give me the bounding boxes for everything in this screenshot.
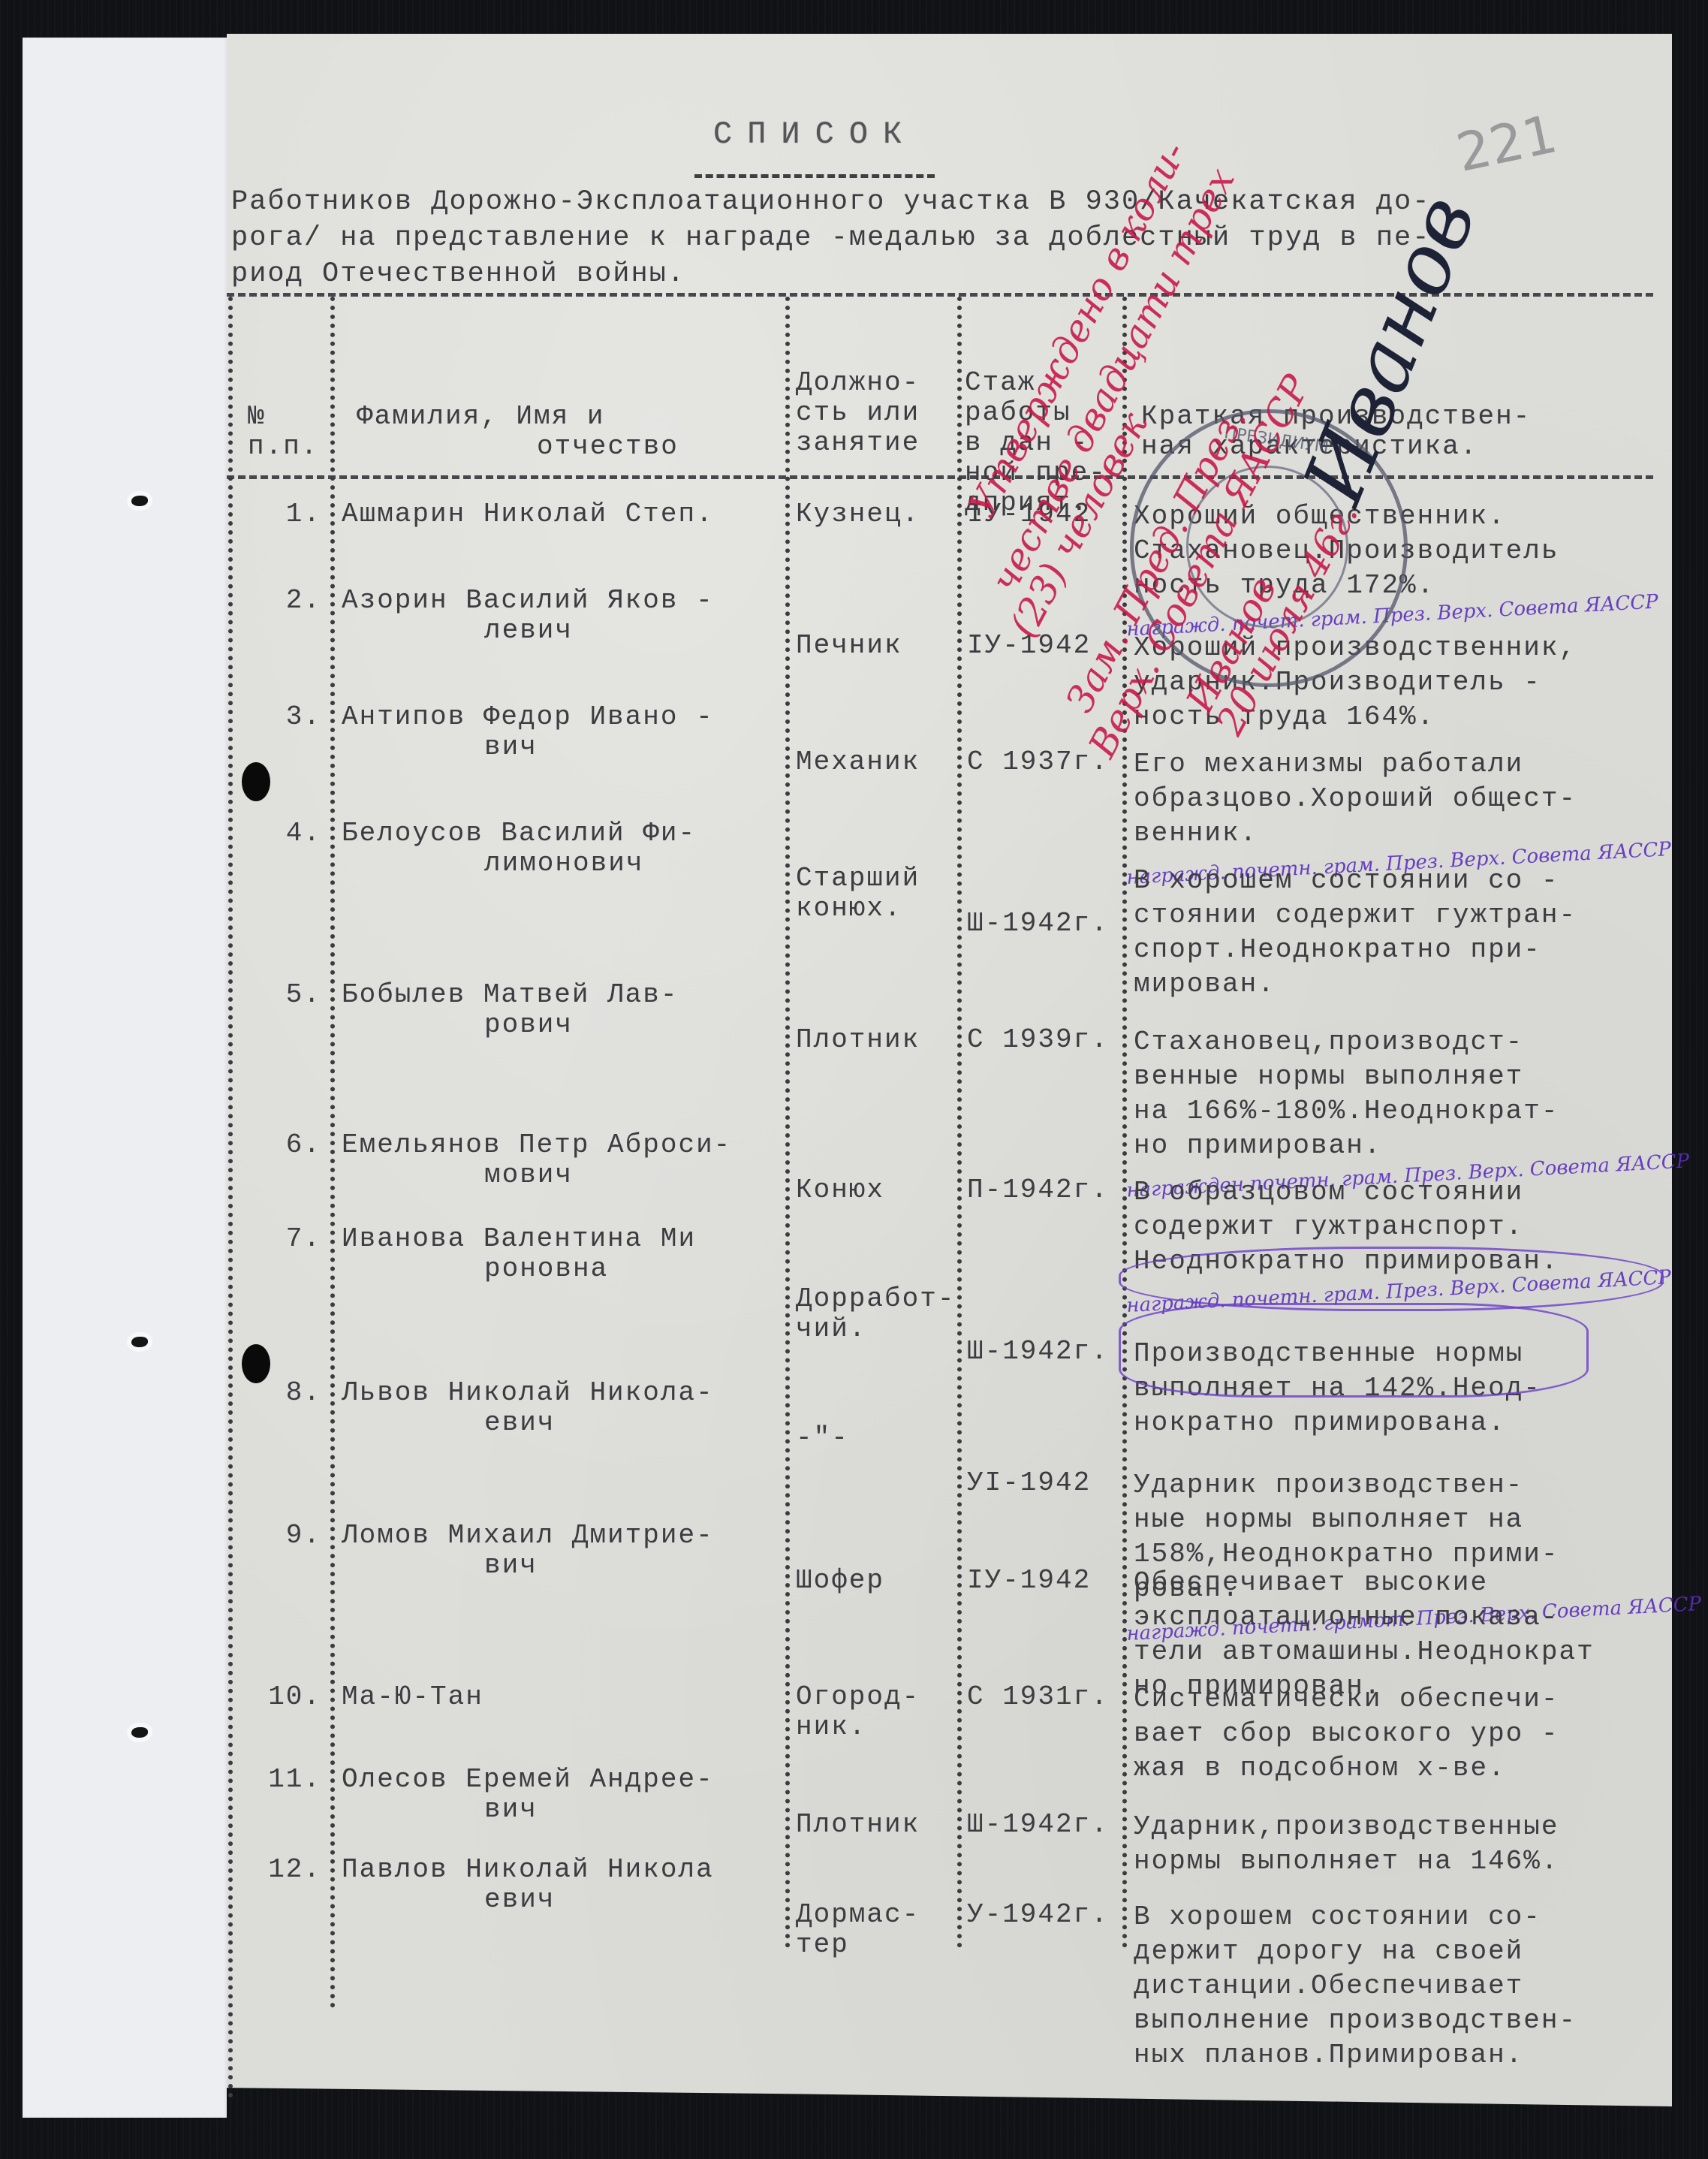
purple-oval-mark: [1119, 1247, 1664, 1311]
cell-name: Ма-Ю-Тан: [342, 1682, 483, 1712]
title-underline: [694, 174, 935, 178]
cell-tenure: У-1942г.: [967, 1900, 1109, 1930]
cell-characteristic-line: Ударник производствен-: [1134, 1468, 1559, 1503]
cell-position: Плотник: [796, 1810, 920, 1840]
cell-name: Львов Николай Никола-евич: [342, 1378, 714, 1438]
cell-num: 4.: [246, 819, 321, 849]
cell-position-line: конюх.: [796, 894, 920, 924]
cell-tenure-line: С 1939г.: [967, 1025, 1109, 1055]
cell-characteristic-line: В хорошем состоянии со -: [1134, 864, 1577, 898]
cell-characteristic: Ударник,производственныенормы выполняет …: [1134, 1810, 1559, 1879]
cell-tenure: П-1942г.: [967, 1175, 1109, 1205]
cell-position: Механик: [796, 747, 920, 777]
heading-line-1: Работников Дорожно-Эксплоатационного уча…: [231, 186, 1430, 218]
cell-name-line: Олесов Еремей Андрее-: [342, 1765, 714, 1795]
cell-num: 2.: [246, 586, 321, 616]
cell-tenure: Ш-1942г.: [967, 1337, 1109, 1367]
cell-position: Конюх: [796, 1175, 884, 1205]
column-divider: [785, 297, 790, 1949]
cell-name-line: рович: [342, 1010, 678, 1040]
cell-characteristic-line: Его механизмы работали: [1134, 747, 1577, 782]
cell-characteristic: В хорошем состоянии со -стоянии содержит…: [1134, 864, 1577, 1002]
document-title: СПИСОК: [713, 119, 917, 150]
cell-position: Огород-ник.: [796, 1682, 920, 1742]
cell-name-line: Бобылев Матвей Лав-: [342, 980, 678, 1010]
cell-name-line: Ломов Михаил Дмитрие-: [342, 1521, 714, 1551]
cell-num: 12.: [246, 1855, 321, 1885]
heading-line-3: риод Отечественной войны.: [231, 258, 685, 290]
cell-position-line: Дорработ-: [796, 1284, 955, 1314]
header-position: Должно-сть илизанятие: [796, 308, 920, 518]
cell-name-line: вич: [342, 1551, 714, 1581]
cell-tenure-line: У-1942г.: [967, 1900, 1109, 1930]
cell-name-line: Антипов Федор Ивано -: [342, 702, 714, 732]
cell-position-line: Плотник: [796, 1810, 920, 1840]
cell-characteristic-line: нормы выполняет на 146%.: [1134, 1844, 1559, 1879]
cell-num: 9.: [246, 1521, 321, 1551]
cell-name: Иванова Валентина Мироновна: [342, 1224, 696, 1284]
heading-line-2: рога/ на представление к награде -медаль…: [231, 222, 1430, 254]
cell-characteristic-line: дистанции.Обеспечивает: [1134, 1969, 1577, 2004]
header-num: №п.п.: [248, 342, 318, 522]
cell-num: 3.: [246, 702, 321, 732]
cell-position-line: Механик: [796, 747, 920, 777]
punch-hole: [131, 1727, 148, 1738]
cell-num: 8.: [246, 1378, 321, 1408]
cell-position: Дормас-тер: [796, 1900, 920, 1960]
cell-name: Емельянов Петр Аброси-мович: [342, 1130, 731, 1190]
cell-name-line: лимонович: [342, 849, 696, 879]
cell-position-line: Дормас-: [796, 1900, 920, 1930]
cell-characteristic: В хорошем состоянии со-держит дорогу на …: [1134, 1900, 1577, 2073]
cell-tenure-line: УI-1942: [967, 1468, 1091, 1498]
cell-name-line: роновна: [342, 1254, 696, 1284]
cell-position: Плотник: [796, 1025, 920, 1055]
cell-characteristic-line: содержит гужтранспорт.: [1134, 1210, 1559, 1244]
cell-name-line: вич: [342, 1795, 714, 1825]
column-divider: [957, 297, 962, 1949]
cell-tenure: С 1937г.: [967, 747, 1109, 777]
cell-position-line: Огород-: [796, 1682, 920, 1712]
cell-tenure: С 1939г.: [967, 1025, 1109, 1055]
cell-position-line: Старший: [796, 864, 920, 894]
purple-oval-mark: [1119, 1303, 1589, 1398]
cell-characteristic-line: стоянии содержит гужтран-: [1134, 898, 1577, 933]
cell-name-line: левич: [342, 616, 714, 646]
cell-position-line: тер: [796, 1930, 920, 1960]
cell-characteristic-line: Систематически обеспечи-: [1134, 1682, 1559, 1717]
cell-characteristic-line: жая в подсобном х-ве.: [1134, 1751, 1559, 1786]
cell-name: Антипов Федор Ивано -вич: [342, 702, 714, 762]
cell-position-line: Кузнец.: [796, 499, 920, 529]
cell-characteristic-line: но примирован.: [1134, 1129, 1559, 1163]
cell-position-line: Шофер: [796, 1566, 884, 1596]
punch-hole: [131, 1337, 148, 1347]
cell-num: 10.: [246, 1682, 321, 1712]
cell-position: Шофер: [796, 1566, 884, 1596]
cell-tenure: IУ-1942: [967, 1566, 1091, 1596]
cell-tenure: УI-1942: [967, 1468, 1091, 1498]
cell-name: Бобылев Матвей Лав-рович: [342, 980, 678, 1040]
cell-position: Кузнец.: [796, 499, 920, 529]
cell-characteristic-line: ные нормы выполняет на: [1134, 1503, 1559, 1537]
cell-position-line: Конюх: [796, 1175, 884, 1205]
cell-characteristic: Его механизмы работалиобразцово.Хороший …: [1134, 747, 1577, 851]
binding-strip: [23, 38, 227, 2118]
cell-tenure-line: IУ-1942: [967, 1566, 1091, 1596]
cell-characteristic-line: образцово.Хороший общест-: [1134, 782, 1577, 816]
cell-position-line: Плотник: [796, 1025, 920, 1055]
cell-name: Олесов Еремей Андрее-вич: [342, 1765, 714, 1825]
cell-name: Азорин Василий Яков -левич: [342, 586, 714, 646]
cell-num: 1.: [246, 499, 321, 529]
column-divider: [228, 297, 233, 2099]
cell-position: Печник: [796, 631, 902, 661]
cell-name-line: мович: [342, 1160, 731, 1190]
cell-name-line: Емельянов Петр Аброси-: [342, 1130, 731, 1160]
cell-characteristic-line: В образцовом состоянии: [1134, 1175, 1559, 1210]
cell-characteristic-line: В хорошем состоянии со-: [1134, 1900, 1577, 1934]
cell-characteristic-line: выполнение производствен-: [1134, 2004, 1577, 2038]
cell-num: 7.: [246, 1224, 321, 1254]
cell-name-line: евич: [342, 1885, 714, 1915]
cell-characteristic-line: Стахановец,производст-: [1134, 1025, 1559, 1060]
cell-tenure-line: Ш-1942г.: [967, 1337, 1109, 1367]
cell-tenure: Ш-1942г.: [967, 1810, 1109, 1840]
cell-characteristic-line: ных планов.Примирован.: [1134, 2038, 1577, 2073]
cell-characteristic-line: нократно примирована.: [1134, 1406, 1541, 1440]
cell-characteristic-line: Обеспечивает высокие: [1134, 1566, 1595, 1600]
cell-name-line: Ашмарин Николай Степ.: [342, 499, 714, 529]
cell-characteristic-line: спорт.Неоднократно при-: [1134, 933, 1577, 967]
cell-characteristic-line: венные нормы выполняет: [1134, 1060, 1559, 1094]
cell-name-line: Белоусов Василий Фи-: [342, 819, 696, 849]
cell-characteristic-line: венник.: [1134, 816, 1577, 851]
cell-name-line: евич: [342, 1408, 714, 1438]
binder-hole: [242, 762, 270, 801]
cell-name: Павлов Николай Николаевич: [342, 1855, 714, 1915]
cell-num: 5.: [246, 980, 321, 1010]
cell-characteristic-line: тели автомашины.Неоднократ: [1134, 1635, 1595, 1669]
punch-hole: [131, 496, 148, 506]
cell-name-line: Ма-Ю-Тан: [342, 1682, 483, 1712]
cell-name: Ашмарин Николай Степ.: [342, 499, 714, 529]
cell-num: 6.: [246, 1130, 321, 1160]
cell-position-line: Печник: [796, 631, 902, 661]
cell-characteristic-line: эксплоатационные показа-: [1134, 1600, 1595, 1635]
cell-position: Дорработ-чий.: [796, 1284, 955, 1344]
cell-tenure: Ш-1942г.: [967, 909, 1109, 939]
cell-tenure-line: Ш-1942г.: [967, 1810, 1109, 1840]
cell-name-line: Павлов Николай Никола: [342, 1855, 714, 1885]
cell-position-line: -"-: [796, 1423, 849, 1453]
cell-characteristic-line: Ударник,производственные: [1134, 1810, 1559, 1844]
header-name: Фамилия, Имя иотчество: [357, 342, 679, 522]
cell-tenure: С 1931г.: [967, 1682, 1109, 1712]
cell-position: Старшийконюх.: [796, 864, 920, 924]
cell-characteristic: Систематически обеспечи-вает сбор высоко…: [1134, 1682, 1559, 1786]
cell-name-line: Азорин Василий Яков -: [342, 586, 714, 616]
cell-position: -"-: [796, 1423, 849, 1453]
cell-name: Ломов Михаил Дмитрие-вич: [342, 1521, 714, 1581]
cell-position-line: чий.: [796, 1314, 955, 1344]
column-divider: [1122, 297, 1127, 1949]
cell-tenure-line: С 1937г.: [967, 747, 1109, 777]
cell-tenure-line: П-1942г.: [967, 1175, 1109, 1205]
column-divider: [330, 297, 335, 2009]
cell-characteristic-line: мирован.: [1134, 967, 1577, 1002]
cell-characteristic-line: вает сбор высокого уро -: [1134, 1717, 1559, 1751]
cell-tenure-line: С 1931г.: [967, 1682, 1109, 1712]
cell-name-line: Львов Николай Никола-: [342, 1378, 714, 1408]
cell-tenure-line: Ш-1942г.: [967, 909, 1109, 939]
cell-num: 11.: [246, 1765, 321, 1795]
cell-characteristic-line: на 166%-180%.Неоднократ-: [1134, 1094, 1559, 1129]
cell-name: Белоусов Василий Фи-лимонович: [342, 819, 696, 879]
cell-name-line: вич: [342, 732, 714, 762]
cell-characteristic: Стахановец,производст-венные нормы выпол…: [1134, 1025, 1559, 1163]
cell-characteristic-line: держит дорогу на своей: [1134, 1934, 1577, 1969]
cell-name-line: Иванова Валентина Ми: [342, 1224, 696, 1254]
cell-position-line: ник.: [796, 1712, 920, 1742]
